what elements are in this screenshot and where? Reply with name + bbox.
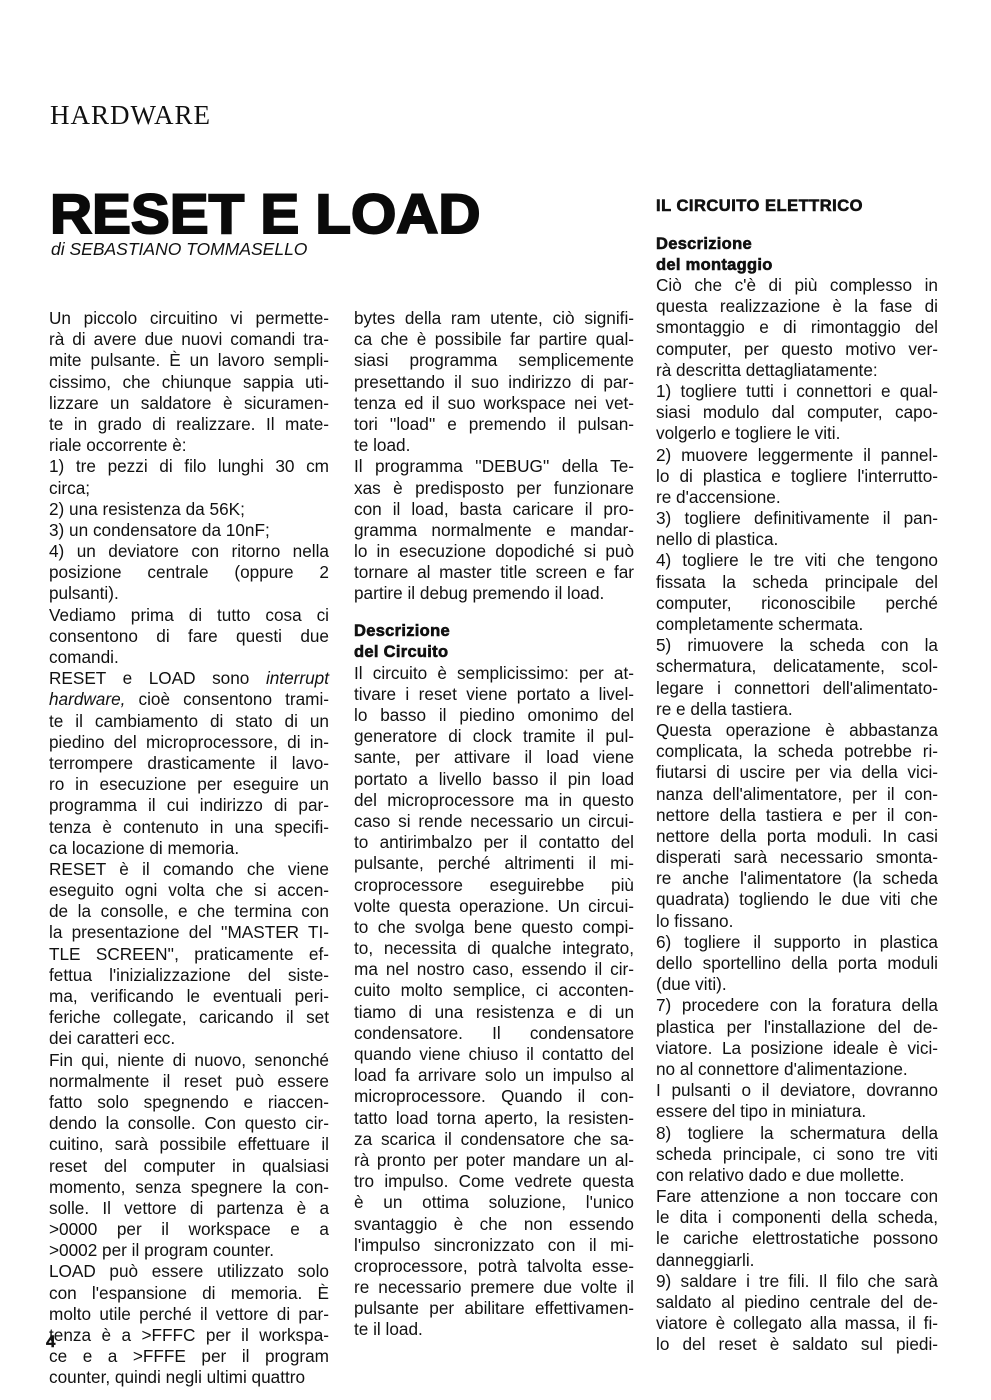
text-line: de la consolle, e che termina con xyxy=(49,901,329,922)
text-line: consentono di fare questi due xyxy=(49,626,329,647)
text-line: Fare attenzione a non toccare con xyxy=(656,1186,938,1207)
text-line: re d'accensione. xyxy=(656,487,938,508)
text-line: mite pulsante. È un lavoro sempli- xyxy=(49,350,329,371)
text-line: computer, riconoscibile perché xyxy=(656,593,938,614)
text-line: re e della tastiera. xyxy=(656,699,938,720)
text-line: svantaggio è che non essendo xyxy=(354,1214,634,1235)
text-line: te load. xyxy=(354,435,634,456)
text-line: 8) togliere la schermatura della xyxy=(656,1123,938,1144)
text-line: nello di plastica. xyxy=(656,529,938,550)
text-line: Questa operazione è abbastanza xyxy=(656,720,938,741)
text-line: 9) saldare i tre fili. Il filo che sarà xyxy=(656,1271,938,1292)
column-3: Ciò che c'è di più complesso inquesta re… xyxy=(656,275,938,1356)
text-line: dello sportellino della porta moduli xyxy=(656,953,938,974)
column-2: bytes della ram utente, ciò signifi-ca c… xyxy=(354,308,634,1341)
text-line: smontaggio e di rimontaggio del xyxy=(656,317,938,338)
text-line: rà di avere due nuovi comandi tra- xyxy=(49,329,329,350)
text-line: le cariche elettrostatiche possono xyxy=(656,1228,938,1249)
text-line: reset del computer in qualsiasi xyxy=(49,1156,329,1177)
text-line: complicata, la scheda potrebbe ri- xyxy=(656,741,938,762)
text-line: posizione centrale (oppure 2 xyxy=(49,562,329,583)
text-line: essere del tipo in miniatura. xyxy=(656,1101,938,1122)
text-line: ce e a >FFFE per il program xyxy=(49,1346,329,1367)
text-line: tro impulso. Come vedrete questa xyxy=(354,1171,634,1192)
text-line: lo del reset è saldato sul piedi- xyxy=(656,1334,938,1355)
text-line: saldato al piedino centrale del de- xyxy=(656,1292,938,1313)
text-line: eseguito ogni volta che si accen- xyxy=(49,880,329,901)
text-line: le dita i componenti della scheda, xyxy=(656,1207,938,1228)
text-line: viatore è collegato alla massa, il fi- xyxy=(656,1313,938,1334)
text-line: TLE SCREEN'', praticamente ef- xyxy=(49,944,329,965)
text-line: lizzare un saldatore è sicuramen- xyxy=(49,393,329,414)
text-line: terrompere drasticamente il lavo- xyxy=(49,753,329,774)
author-byline: di SEBASTIANO TOMMASELLO xyxy=(51,239,307,260)
text-line: ma, verificando le eventuali peri- xyxy=(49,986,329,1007)
text-line: 1) tre pezzi di filo lunghi 30 cm xyxy=(49,456,329,477)
text-line: pulsante, perché altrimenti il mi- xyxy=(354,853,634,874)
text-line: quando viene chiuso il contatto del xyxy=(354,1044,634,1065)
text-line: del microprocessore ma in questo xyxy=(354,790,634,811)
text-line: condensatore. Il condensatore xyxy=(354,1023,634,1044)
text-line: LOAD può essere utilizzato solo xyxy=(49,1261,329,1282)
text-line: disperati sarà necessario smonta- xyxy=(656,847,938,868)
text-line: nanza dell'alimentatore, per il con- xyxy=(656,784,938,805)
text-line: 3) togliere definitivamente il pan- xyxy=(656,508,938,529)
text-line: 5) rimuovere la scheda con la xyxy=(656,635,938,656)
text-line: hardware, cioè consentono trami- xyxy=(49,689,329,710)
text-line: partire il debug premendo il load. xyxy=(354,583,634,604)
text-line: Vediamo prima di tutto cosa ci xyxy=(49,605,329,626)
text-line: Il programma ''DEBUG'' della Te- xyxy=(354,456,634,477)
subheading-line-1: Descrizione xyxy=(354,621,634,642)
text-line: con l'espansione di memoria. È xyxy=(49,1283,329,1304)
text-line: croprocessore eseguirebbe più xyxy=(354,875,634,896)
text-line: volgerlo e togliere le viti. xyxy=(656,423,938,444)
text-line: con il load, basta caricare il pro- xyxy=(354,499,634,520)
text-line: comandi. xyxy=(49,647,329,668)
text-line: 7) procedere con la foratura della xyxy=(656,995,938,1016)
text-line: >0000 per il workspace e a xyxy=(49,1219,329,1240)
text-line: presettando il suo indirizzo di par- xyxy=(354,372,634,393)
text-line: RESET e LOAD sono interrupt xyxy=(49,668,329,689)
text-line: solle. Il vettore di partenza è a xyxy=(49,1198,329,1219)
column-2-body: Il circuito è semplicissimo: per at-tiva… xyxy=(354,663,634,1341)
text-line: dei caratteri ecc. xyxy=(49,1028,329,1049)
page-number: 4 xyxy=(46,1332,55,1352)
text-line: lo fissano. xyxy=(656,911,938,932)
text-line: tori ''load'' e premendo il pulsan- xyxy=(354,414,634,435)
subheading-line-1: Descrizione xyxy=(656,234,773,255)
text-line: 2) muovere leggermente il pannel- xyxy=(656,445,938,466)
text-line: 4) un deviatore con ritorno nella xyxy=(49,541,329,562)
text-line: plastica per l'installazione del de- xyxy=(656,1017,938,1038)
text-line: cissimo, che chiunque sappia uti- xyxy=(49,372,329,393)
text-line: fettua l'inizializzazione del siste- xyxy=(49,965,329,986)
text-line: to, necessita di qualche integrato, xyxy=(354,938,634,959)
text-line: quadrata) togliendo le due viti che xyxy=(656,889,938,910)
text-line: 1) togliere tutti i connettori e qual- xyxy=(656,381,938,402)
text-line: load fa arrivare solo un impulso al xyxy=(354,1065,634,1086)
text-line: riale occorrente è: xyxy=(49,435,329,456)
text-line: croprocessore, potrà talvolta esse- xyxy=(354,1256,634,1277)
text-line: ma nel nostro caso, essendo il cir- xyxy=(354,959,634,980)
text-line: ca che è possibile far partire qual- xyxy=(354,329,634,350)
text-line: to antirimbalzo per il contatto del xyxy=(354,832,634,853)
text-line: re anche l'alimentatore (la scheda xyxy=(656,868,938,889)
subheading-descrizione-montaggio: Descrizione del montaggio xyxy=(656,234,773,276)
column-1: Un piccolo circuitino vi permette-rà di … xyxy=(49,308,329,1389)
text-line: volte questa operazione. Un circui- xyxy=(354,896,634,917)
text-line: nettore della porta moduli. In casi xyxy=(656,826,938,847)
subheading-line-2: del montaggio xyxy=(656,255,773,276)
text-line: re necessario premere due volte il xyxy=(354,1277,634,1298)
text-line: completamente schermata. xyxy=(656,614,938,635)
text-line: lo in esecuzione dopodiché si può xyxy=(354,541,634,562)
text-line: legare i connettori dell'alimentato- xyxy=(656,678,938,699)
article-title: RESET E LOAD xyxy=(50,186,480,242)
text-line: caso si rende necessario un circui- xyxy=(354,811,634,832)
text-line: Fin qui, niente di nuovo, senonché xyxy=(49,1050,329,1071)
text-line: lo di plastica e togliere l'interrutto- xyxy=(656,466,938,487)
text-line: to che svolga bene questo compi- xyxy=(354,917,634,938)
text-line: ca locazione di memoria. xyxy=(49,838,329,859)
text-line: la presentazione del ''MASTER TI- xyxy=(49,922,329,943)
text-line: te il cambiamento di stato di un xyxy=(49,711,329,732)
text-line: Il circuito è semplicissimo: per at- xyxy=(354,663,634,684)
text-line: tatto load torna aperto, la resisten- xyxy=(354,1108,634,1129)
text-line: gramma normalmente e mandar- xyxy=(354,520,634,541)
text-line: tenza è contenuto in una specifi- xyxy=(49,817,329,838)
text-line: schermatura, delicatamente, scol- xyxy=(656,656,938,677)
text-line: feriche collegate, caricando il set xyxy=(49,1007,329,1028)
text-line: scheda principale, ci sono tre viti xyxy=(656,1144,938,1165)
text-line: tornare al master title screen e far xyxy=(354,562,634,583)
text-line: cuito molto semplice, ci acconten- xyxy=(354,980,634,1001)
text-line: Un piccolo circuitino vi permette- xyxy=(49,308,329,329)
text-line: no al connettore d'alimentazione. xyxy=(656,1059,938,1080)
text-line: 2) una resistenza da 56K; xyxy=(49,499,329,520)
text-line: fiutarsi di uscire per via della vici- xyxy=(656,762,938,783)
text-line: I pulsanti o il deviatore, dovranno xyxy=(656,1080,938,1101)
text-line: nettore della tastiera e per il con- xyxy=(656,805,938,826)
text-line: tenza è a >FFFC per il workspa- xyxy=(49,1325,329,1346)
text-line: viatore. La posizione ideale è vici- xyxy=(656,1038,938,1059)
text-line: ro in esecuzione per eseguire un xyxy=(49,774,329,795)
text-line: computer, per questo motivo ver- xyxy=(656,339,938,360)
text-line: momento, senza spegnere la con- xyxy=(49,1177,329,1198)
text-line: generatore di clock tramite il pul- xyxy=(354,726,634,747)
text-line: te il load. xyxy=(354,1319,634,1340)
text-line: pulsanti). xyxy=(49,583,329,604)
text-line: >0002 per il program counter. xyxy=(49,1240,329,1261)
text-line: normalmente il reset può essere xyxy=(49,1071,329,1092)
text-line: tivare i reset viene portato a livel- xyxy=(354,684,634,705)
column-2-intro: bytes della ram utente, ciò signifi-ca c… xyxy=(354,308,634,605)
text-line: te in grado di realizzare. Il mate- xyxy=(49,414,329,435)
text-line: bytes della ram utente, ciò signifi- xyxy=(354,308,634,329)
text-line: molto utile perché il vettore di par- xyxy=(49,1304,329,1325)
text-line: za scarica il condensatore che sa- xyxy=(354,1129,634,1150)
text-line: tiamo di una resistenza e di un xyxy=(354,1002,634,1023)
section-label: HARDWARE xyxy=(50,100,211,131)
text-line: microprocessore. Quando il con- xyxy=(354,1086,634,1107)
text-line: xas è predisposto per funzionare xyxy=(354,478,634,499)
text-line: tenza ed il suo workspace nei vet- xyxy=(354,393,634,414)
text-line: dendo la consolle. Con questo cir- xyxy=(49,1113,329,1134)
subheading-descrizione-circuito: Descrizione del Circuito xyxy=(354,621,634,663)
text-line: piedino del microprocessore, di in- xyxy=(49,732,329,753)
text-line: questa realizzazione è la fase di xyxy=(656,296,938,317)
text-line: portato a livello basso il pin load xyxy=(354,769,634,790)
text-line: circa; xyxy=(49,478,329,499)
text-line: siasi modulo dal computer, capo- xyxy=(656,402,938,423)
text-line: rà pronto per poter mandare un al- xyxy=(354,1150,634,1171)
text-line: pulsante per abilitare effettivamen- xyxy=(354,1298,634,1319)
text-line: danneggiarli. xyxy=(656,1250,938,1271)
text-line: 3) un condensatore da 10nF; xyxy=(49,520,329,541)
text-line: (due viti). xyxy=(656,974,938,995)
text-line: counter, quindi negli ultimi quattro xyxy=(49,1367,329,1388)
subheading-line-2: del Circuito xyxy=(354,642,634,663)
text-line: fatto solo spegnendo e riaccen- xyxy=(49,1092,329,1113)
section-heading-circuito-elettrico: IL CIRCUITO ELETTRICO xyxy=(656,197,863,216)
text-line: programma il cui indirizzo di par- xyxy=(49,795,329,816)
text-line: rà descritta dettagliatamente: xyxy=(656,360,938,381)
text-line: fissata la scheda principale del xyxy=(656,572,938,593)
text-line: lo basso il piedino omonimo del xyxy=(354,705,634,726)
text-line: cuitino, sarà possibile effettuare il xyxy=(49,1134,329,1155)
text-line: Ciò che c'è di più complesso in xyxy=(656,275,938,296)
text-line: con relativo dado e due mollette. xyxy=(656,1165,938,1186)
text-line: è un ottima soluzione, l'unico xyxy=(354,1192,634,1213)
text-line: siasi programma semplicemente xyxy=(354,350,634,371)
text-line: l'impulso sincronizzato con il mi- xyxy=(354,1235,634,1256)
text-line: sante, per attivare il load viene xyxy=(354,747,634,768)
text-line: 4) togliere le tre viti che tengono xyxy=(656,550,938,571)
text-line: 6) togliere il supporto in plastica xyxy=(656,932,938,953)
text-line: RESET è il comando che viene xyxy=(49,859,329,880)
